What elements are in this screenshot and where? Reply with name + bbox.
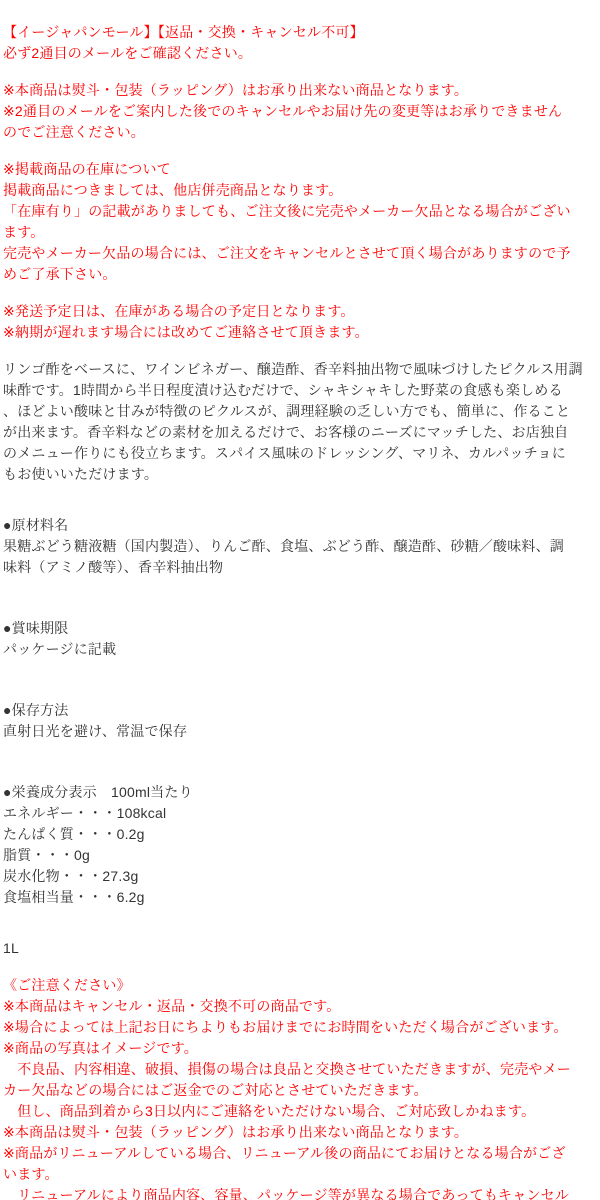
spacer <box>3 959 596 975</box>
volume-text: 1L <box>3 938 596 959</box>
spacer <box>3 143 596 159</box>
product-description-document: 【イージャパンモール】【返品・交換・キャンセル不可】 必ず2通目のメールをご確認… <box>0 0 600 1200</box>
caution-notice: 《ご注意ください》 ※本商品はキャンセル・返品・交換不可の商品です。 ※場合によ… <box>3 975 596 1200</box>
spacer <box>3 908 596 938</box>
spacer <box>3 578 596 618</box>
spacer <box>3 343 596 359</box>
shipping-date-notice: ※発送予定日は、在庫がある場合の予定日となります。 ※納期が遅れます場合には改め… <box>3 301 596 343</box>
nutrition-facts-section: ●栄養成分表示 100ml当たり エネルギー・・・108kcal たんぱく質・・… <box>3 782 596 908</box>
product-description-text: リンゴ酢をベースに、ワインビネガー、醸造酢、香辛料抽出物で風味づけしたピクルス用… <box>3 359 596 485</box>
spacer <box>3 742 596 782</box>
spacer <box>3 660 596 700</box>
ingredients-section: ●原材料名 果糖ぶどう糖液糖（国内製造）、りんご酢、食塩、ぶどう酢、醸造酢、砂糖… <box>3 515 596 578</box>
spacer <box>3 285 596 301</box>
stock-availability-notice: ※掲載商品の在庫について 掲載商品につきましては、他店併売商品となります。 「在… <box>3 159 596 285</box>
gift-wrap-notice: ※本商品は熨斗・包装（ラッピング）はお承り出来ない商品となります。 ※2通目のメ… <box>3 80 596 143</box>
mall-header-notice: 【イージャパンモール】【返品・交換・キャンセル不可】 必ず2通目のメールをご確認… <box>3 22 596 64</box>
spacer <box>3 485 596 515</box>
storage-section: ●保存方法 直射日光を避け、常温で保存 <box>3 700 596 742</box>
expiry-section: ●賞味期限 パッケージに記載 <box>3 618 596 660</box>
spacer <box>3 64 596 80</box>
